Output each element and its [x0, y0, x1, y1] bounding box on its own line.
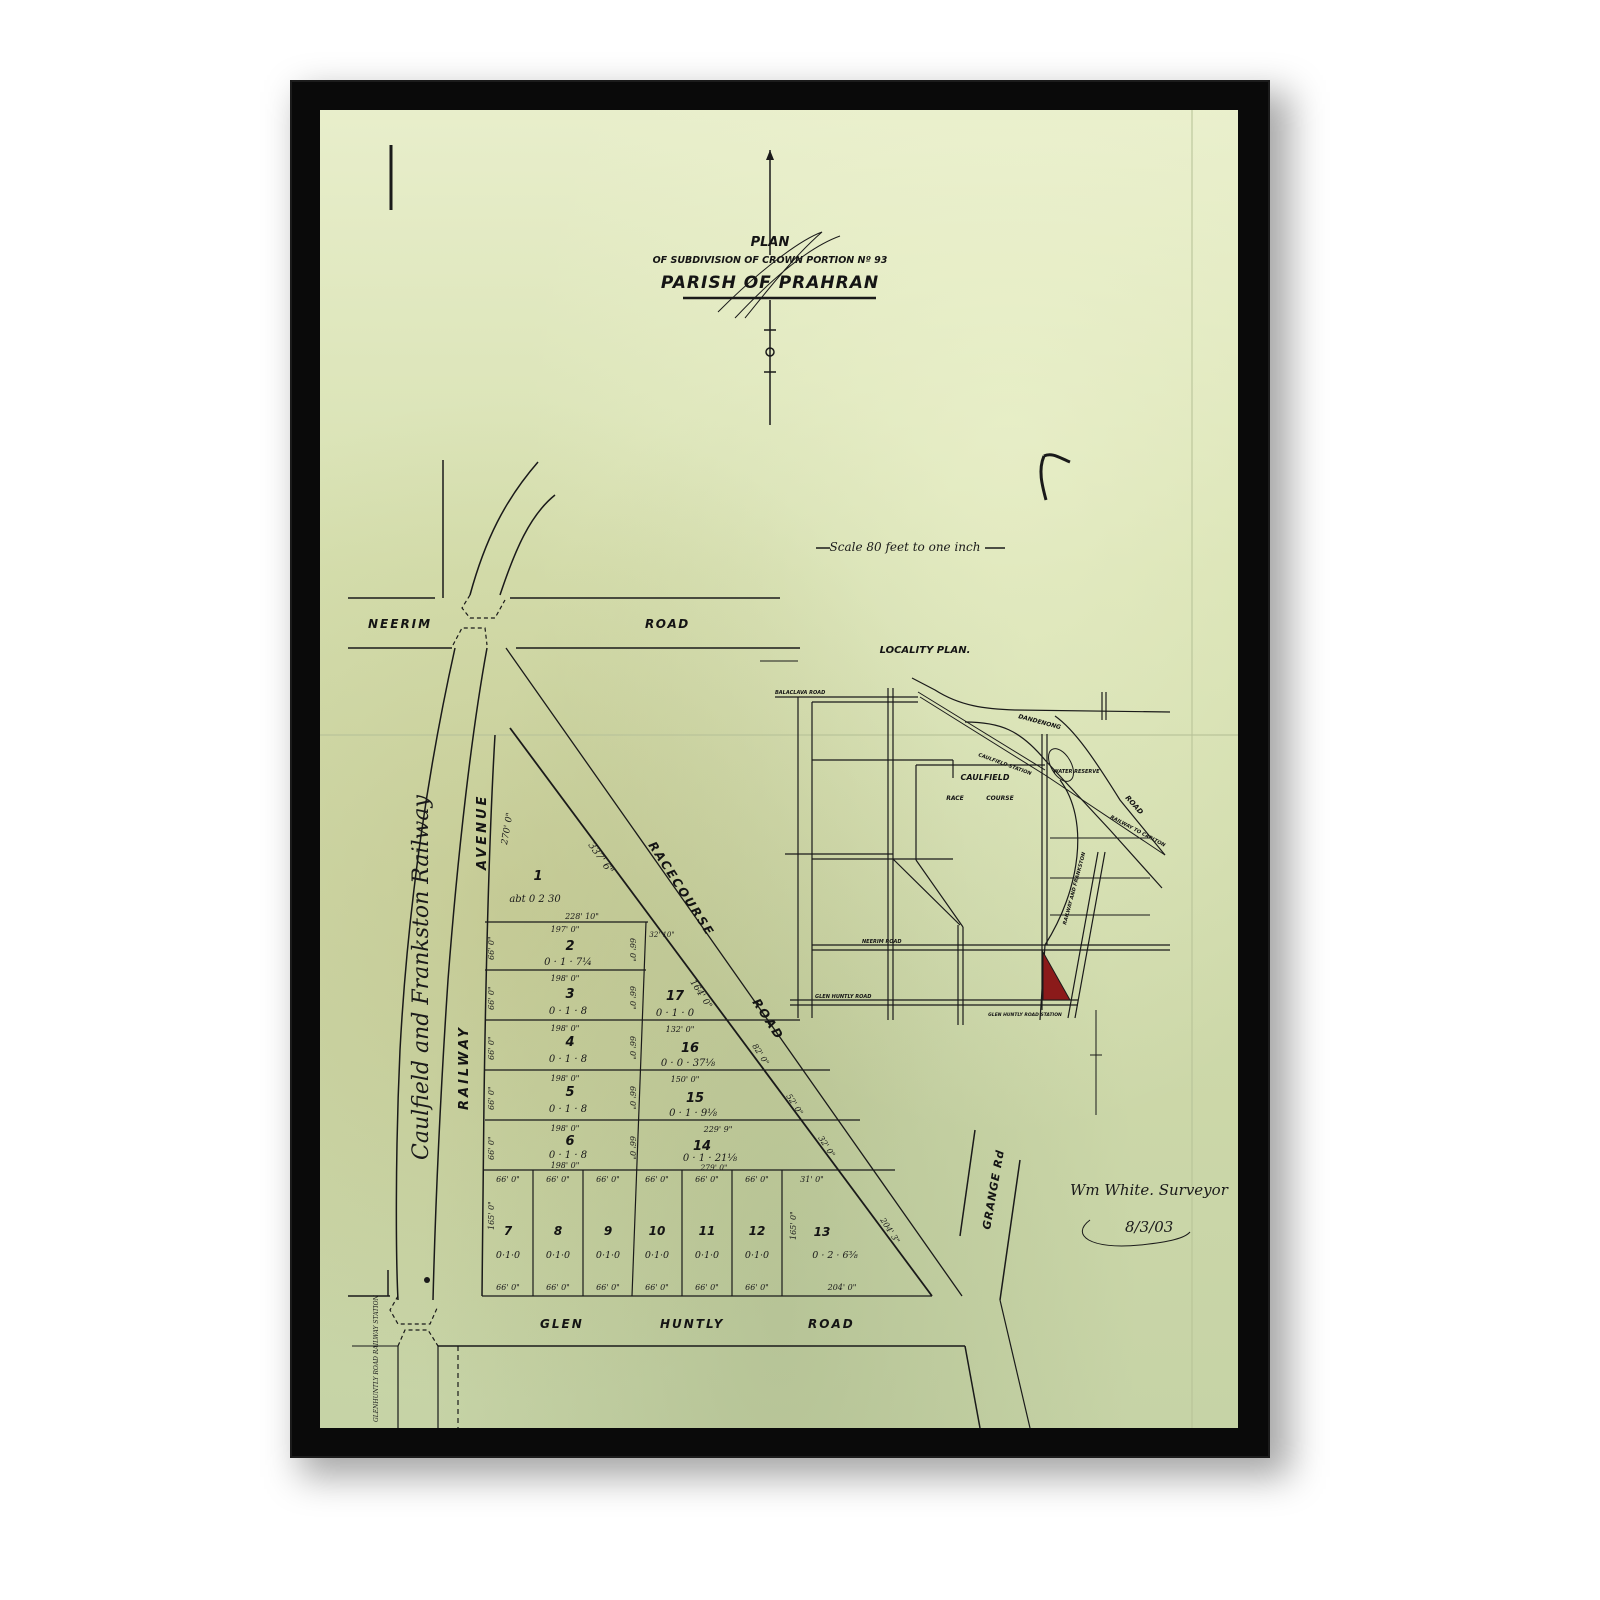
svg-text:COURSE: COURSE [986, 795, 1014, 802]
neerim-road-label-2: ROAD [645, 617, 690, 631]
svg-text:66' 0": 66' 0" [487, 986, 496, 1010]
svg-text:31' 0": 31' 0" [800, 1175, 824, 1184]
svg-text:66' 0": 66' 0" [487, 1136, 496, 1160]
glen-huntly-label-3: ROAD [808, 1317, 855, 1331]
svg-text:66' 0": 66' 0" [745, 1175, 769, 1184]
svg-text:0 · 1 · 8: 0 · 1 · 8 [549, 1006, 587, 1017]
svg-text:66' 0": 66' 0" [487, 1036, 496, 1060]
svg-text:7: 7 [504, 1224, 513, 1238]
svg-text:BALACLAVA ROAD: BALACLAVA ROAD [775, 690, 825, 696]
svg-text:NEERIM ROAD: NEERIM ROAD [862, 939, 902, 945]
svg-text:WATER RESERVE: WATER RESERVE [1053, 769, 1100, 775]
lot-17: 32' 10" 17 0 · 1 · 0 164' 0" [649, 931, 713, 1019]
svg-text:198' 0": 198' 0" [551, 1074, 580, 1083]
svg-text:198' 0": 198' 0" [551, 1124, 580, 1133]
svg-text:11: 11 [699, 1224, 716, 1238]
svg-text:0 · 1 · 9⅛: 0 · 1 · 9⅛ [669, 1108, 717, 1119]
svg-text:14: 14 [693, 1139, 711, 1154]
svg-text:66' 0": 66' 0" [487, 936, 496, 960]
lot-16: 132' 0" 16 0 · 0 · 37⅛ 82' 0" [661, 1025, 771, 1069]
lot-1-side: 270' 0" [500, 812, 516, 847]
plan-title: PLAN [751, 235, 790, 250]
svg-text:3: 3 [565, 987, 574, 1002]
svg-text:132' 0": 132' 0" [666, 1025, 695, 1034]
svg-text:17: 17 [666, 989, 685, 1004]
surveyor-signature: Wm White. Surveyor [1070, 1181, 1229, 1199]
svg-text:66' 0": 66' 0" [628, 986, 637, 1010]
svg-text:8: 8 [554, 1224, 562, 1238]
glen-huntly-label-2: HUNTLY [660, 1317, 724, 1331]
svg-text:2: 2 [565, 939, 574, 954]
svg-text:0 · 1 · 8: 0 · 1 · 8 [549, 1150, 587, 1161]
svg-text:13: 13 [814, 1225, 831, 1239]
svg-text:165' 0": 165' 0" [487, 1201, 496, 1230]
svg-text:0 · 1 · 7¼: 0 · 1 · 7¼ [544, 957, 592, 968]
lot-1-number: 1 [533, 869, 542, 884]
map-paper: PLAN OF SUBDIVISION OF CROWN PORTION Nº … [320, 110, 1238, 1428]
svg-text:66' 0": 66' 0" [745, 1283, 769, 1292]
lot-9: 66' 0" 9 0·1·0 66' 0" [596, 1175, 620, 1292]
svg-text:0·1·0: 0·1·0 [695, 1250, 719, 1261]
locality-plan-title: LOCALITY PLAN. [880, 645, 971, 656]
svg-text:0·1·0: 0·1·0 [596, 1250, 620, 1261]
svg-text:198' 0": 198' 0" [551, 1024, 580, 1033]
lot-3: 198' 0" 3 0 · 1 · 8 66' 0" 66' 0" [487, 974, 637, 1017]
svg-text:DANDENONG: DANDENONG [1017, 713, 1061, 731]
svg-text:16: 16 [681, 1041, 699, 1056]
neerim-road-label: NEERIM [368, 617, 432, 631]
svg-text:12: 12 [749, 1224, 766, 1238]
svg-text:0 · 1 · 8: 0 · 1 · 8 [549, 1054, 587, 1065]
lot-2: 197' 0" 2 0 · 1 · 7¼ 66' 0" 66' 0" [487, 925, 637, 968]
lot-14: 229' 9" 14 0 · 1 · 21⅛ 279' 0" 32' 0" [683, 1125, 837, 1172]
svg-text:0 · 0 · 37⅛: 0 · 0 · 37⅛ [661, 1058, 716, 1069]
railway-line-label: Caulfield and Frankston Railway [409, 795, 434, 1160]
svg-text:229' 9": 229' 9" [703, 1125, 733, 1134]
svg-text:66' 0": 66' 0" [645, 1175, 669, 1184]
svg-text:9: 9 [604, 1224, 612, 1238]
svg-text:RAILWAY TO CARLTON: RAILWAY TO CARLTON [1109, 814, 1167, 848]
lot-15: 150' 0" 15 0 · 1 · 9⅛ 52' 0" [669, 1075, 805, 1119]
svg-text:66' 0": 66' 0" [596, 1283, 620, 1292]
svg-text:66' 0": 66' 0" [628, 938, 637, 962]
svg-text:RACE: RACE [946, 795, 964, 802]
svg-text:66' 0": 66' 0" [496, 1283, 520, 1292]
lot-10: 66' 0" 10 0·1·0 66' 0" [645, 1175, 669, 1292]
svg-text:66' 0": 66' 0" [695, 1175, 719, 1184]
svg-text:66' 0": 66' 0" [628, 1036, 637, 1060]
svg-text:0 · 1 · 0: 0 · 1 · 0 [656, 1008, 695, 1019]
svg-text:0·1·0: 0·1·0 [645, 1250, 669, 1261]
svg-text:279' 0": 279' 0" [700, 1163, 728, 1172]
lot-1-area: abt 0 2 30 [509, 894, 561, 905]
svg-text:10: 10 [649, 1224, 666, 1238]
svg-text:66' 0": 66' 0" [546, 1175, 570, 1184]
svg-text:0·1·0: 0·1·0 [496, 1250, 520, 1261]
svg-text:6: 6 [565, 1134, 574, 1149]
svg-text:66' 0": 66' 0" [628, 1136, 637, 1160]
lot-1-bottom: 228' 10" [564, 912, 599, 921]
svg-text:66' 0": 66' 0" [546, 1283, 570, 1292]
svg-text:66' 0": 66' 0" [496, 1175, 520, 1184]
station-label: GLENHUNTLY ROAD RAILWAY STATION [373, 1295, 380, 1422]
svg-text:66' 0": 66' 0" [645, 1283, 669, 1292]
glen-huntly-label-1: GLEN [540, 1317, 584, 1331]
svg-text:GLEN HUNTLY ROAD STATION: GLEN HUNTLY ROAD STATION [988, 1012, 1062, 1018]
svg-text:0·1·0: 0·1·0 [546, 1250, 570, 1261]
site-highlight [1043, 952, 1070, 1000]
svg-text:ROAD: ROAD [1124, 794, 1145, 816]
svg-text:165' 0": 165' 0" [789, 1211, 798, 1240]
railway-avenue-label: RAILWAY [457, 1025, 472, 1110]
svg-text:0·1·0: 0·1·0 [745, 1250, 769, 1261]
lot-5: 198' 0" 5 0 · 1 · 8 66' 0" 66' 0" [487, 1074, 637, 1115]
svg-text:52' 0": 52' 0" [784, 1092, 804, 1117]
svg-text:CAULFIELD: CAULFIELD [961, 773, 1010, 782]
ink-mark [1041, 455, 1070, 500]
svg-text:66' 0": 66' 0" [628, 1086, 637, 1110]
svg-text:150' 0": 150' 0" [671, 1075, 700, 1084]
svg-text:204' 0": 204' 0" [827, 1283, 857, 1292]
grange-road-label: GRANGE Rd [980, 1149, 1007, 1231]
svg-text:GLEN HUNTLY ROAD: GLEN HUNTLY ROAD [815, 994, 871, 1000]
lot-7: 66' 0" 7 0·1·0 66' 0" 165' 0" [487, 1175, 520, 1292]
svg-text:5: 5 [565, 1085, 574, 1100]
lot-6: 198' 0" 6 0 · 1 · 8 198' 0" 66' 0" 66' 0… [487, 1124, 637, 1170]
svg-text:4: 4 [564, 1035, 574, 1050]
svg-text:66' 0": 66' 0" [695, 1283, 719, 1292]
lot-1-diag: 337' 6" [586, 840, 616, 876]
svg-text:66' 0": 66' 0" [596, 1175, 620, 1184]
svg-text:0 · 2 · 6⅜: 0 · 2 · 6⅜ [812, 1250, 858, 1261]
svg-text:66' 0": 66' 0" [487, 1086, 496, 1110]
svg-text:15: 15 [686, 1091, 704, 1106]
scale-label: Scale 80 feet to one inch [830, 540, 981, 554]
svg-text:0 · 1 · 8: 0 · 1 · 8 [549, 1104, 587, 1115]
signature-date: 8/3/03 [1125, 1218, 1173, 1236]
svg-text:197' 0": 197' 0" [551, 925, 580, 934]
svg-text:198' 0": 198' 0" [551, 974, 580, 983]
svg-text:RAILWAY AND FRANKSTON: RAILWAY AND FRANKSTON [1062, 851, 1087, 926]
svg-text:32' 10": 32' 10" [649, 931, 674, 939]
svg-text:198' 0": 198' 0" [551, 1161, 580, 1170]
lot-12: 66' 0" 12 0·1·0 66' 0" [745, 1175, 769, 1292]
locality-plan: LOCALITY PLAN. BALACLAVA ROAD DANDENONG … [760, 645, 1170, 1115]
avenue-label: AVENUE [475, 794, 490, 871]
lot-11: 66' 0" 11 0·1·0 66' 0" [695, 1175, 719, 1292]
lot-4: 198' 0" 4 0 · 1 · 8 66' 0" 66' 0" [487, 1024, 637, 1065]
lot-8: 66' 0" 8 0·1·0 66' 0" [546, 1175, 570, 1292]
survey-plan: PLAN OF SUBDIVISION OF CROWN PORTION Nº … [320, 110, 1238, 1428]
svg-text:204' 3": 204' 3" [878, 1215, 902, 1245]
